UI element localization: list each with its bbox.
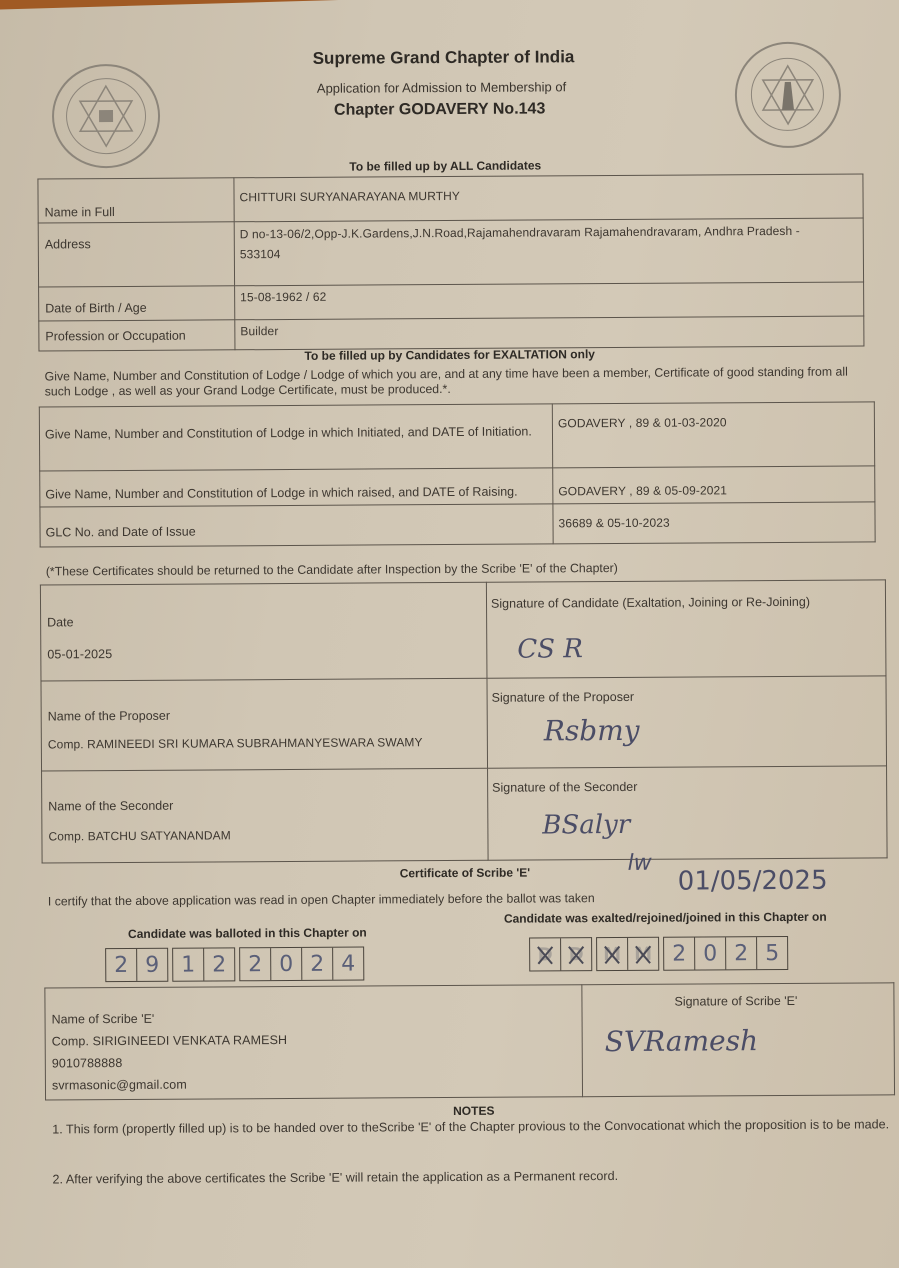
proposer-signature[interactable]: Rsbmy: [544, 714, 640, 748]
table-row: Date 05-01-2025 Signature of Candidate (…: [40, 580, 886, 681]
date-label: Date: [41, 583, 486, 630]
date-digit-box[interactable]: 4: [333, 948, 363, 980]
date-digit-box[interactable]: M: [597, 938, 628, 970]
field-label: Address: [39, 222, 234, 251]
certificate-statement: I certify that the above application was…: [48, 891, 595, 908]
date-digit-box[interactable]: 2: [726, 937, 757, 969]
date-digit-box[interactable]: 5: [757, 937, 787, 969]
scribe-signature-label: Signature of Scribe 'E': [582, 983, 893, 1009]
seconder-name-field[interactable]: Comp. BATCHU SATYANANDAM: [42, 811, 487, 844]
date-field[interactable]: 05-01-2025: [41, 627, 486, 662]
note-item: 1. This form (propertly filled up) is to…: [52, 1115, 898, 1139]
certificate-handwritten-date[interactable]: 01/05/2025: [678, 866, 828, 897]
field-label: Give Name, Number and Constitution of Lo…: [40, 468, 552, 501]
proposer-name-field[interactable]: Comp. RAMINEEDI SRI KUMARA SUBRAHMANYESW…: [42, 721, 487, 752]
scribe-phone-field[interactable]: 9010788888: [46, 1045, 582, 1070]
field-label: Give Name, Number and Constitution of Lo…: [40, 404, 552, 448]
table-row: Name of Scribe 'E' Comp. SIRIGINEEDI VEN…: [45, 983, 895, 1100]
date-digit-box[interactable]: 9: [137, 949, 167, 981]
date-digit-box[interactable]: 1: [173, 949, 204, 981]
date-digit-box[interactable]: 2: [664, 938, 695, 970]
date-year-group: 2025: [663, 936, 788, 971]
table-row: Address D no-13-06/2,Opp-J.K.Gardens,J.N…: [38, 218, 863, 287]
proposer-label: Name of the Proposer: [41, 679, 486, 724]
date-of-birth-field[interactable]: 15-08-1962 / 62: [235, 282, 863, 304]
date-day-group: 29: [105, 948, 168, 982]
table-row: GLC No. and Date of Issue 36689 & 05-10-…: [40, 502, 875, 547]
date-month-group: 12: [172, 947, 235, 981]
certificates-footnote: (*These Certificates should be returned …: [46, 561, 618, 578]
organization-title: Supreme Grand Chapter of India: [313, 47, 575, 69]
date-digit-box[interactable]: D: [561, 938, 591, 970]
glc-field[interactable]: 36689 & 05-10-2023: [553, 502, 874, 530]
scribe-signature[interactable]: SVRamesh: [605, 1024, 759, 1058]
table-row: Name of the Seconder Comp. BATCHU SATYAN…: [42, 766, 888, 863]
date-digit-box[interactable]: 0: [271, 948, 302, 980]
balloted-label: Candidate was balloted in this Chapter o…: [128, 926, 367, 941]
scribe-table: Name of Scribe 'E' Comp. SIRIGINEEDI VEN…: [44, 982, 895, 1100]
date-digit-box[interactable]: 2: [204, 948, 234, 980]
date-digit-box[interactable]: 2: [240, 948, 271, 980]
field-label: Date of Birth / Age: [39, 286, 234, 315]
section-heading-exaltation: To be filled up by Candidates for EXALTA…: [304, 347, 595, 363]
proposer-signature-label: Signature of the Proposer: [487, 676, 885, 704]
date-month-group: MM: [596, 937, 659, 971]
table-row: Give Name, Number and Constitution of Lo…: [39, 402, 874, 471]
address-field[interactable]: D no-13-06/2,Opp-J.K.Gardens,J.N.Road,Ra…: [235, 218, 863, 264]
signatures-table: Date 05-01-2025 Signature of Candidate (…: [40, 579, 888, 863]
chapter-title: Chapter GODAVERY No.143: [334, 100, 545, 119]
seconder-label: Name of the Seconder: [42, 769, 487, 814]
table-row: Name in Full CHITTURI SURYANARAYANA MURT…: [38, 174, 863, 223]
field-label: GLC No. and Date of Issue: [40, 504, 552, 539]
lodge-details-table: Give Name, Number and Constitution of Lo…: [39, 401, 876, 547]
balloted-date-input[interactable]: 29122024: [105, 947, 364, 983]
table-row: Profession or Occupation Builder: [39, 316, 864, 351]
note-item: 2. After verifying the above certificate…: [52, 1169, 618, 1186]
table-row: Give Name, Number and Constitution of Lo…: [40, 466, 875, 507]
candidate-signature-label: Signature of Candidate (Exaltation, Join…: [487, 580, 885, 610]
table-row: Name of the Proposer Comp. RAMINEEDI SRI…: [41, 676, 887, 771]
date-digit-box[interactable]: 0: [695, 937, 726, 969]
name-in-full-field[interactable]: CHITTURI SURYANARAYANA MURTHY: [234, 174, 862, 204]
exalted-label: Candidate was exalted/rejoined/joined in…: [504, 910, 827, 926]
raising-field[interactable]: GODAVERY , 89 & 05-09-2021: [553, 466, 874, 498]
application-form: Supreme Grand Chapter of India Applicati…: [0, 0, 899, 1268]
seconder-signature-label: Signature of the Seconder: [488, 766, 886, 794]
date-digit-box[interactable]: 2: [302, 948, 333, 980]
profession-field[interactable]: Builder: [235, 316, 863, 338]
date-day-group: DD: [529, 937, 592, 971]
notes-heading: NOTES: [453, 1104, 494, 1118]
table-row: Date of Birth / Age 15-08-1962 / 62: [39, 282, 864, 321]
scribe-email-field[interactable]: svrmasonic@gmail.com: [46, 1067, 582, 1092]
exalted-date-input[interactable]: DDMM2025: [529, 936, 788, 972]
scribe-initials[interactable]: lw: [628, 851, 652, 876]
candidate-signature[interactable]: CS R: [517, 634, 583, 664]
date-year-group: 2024: [239, 947, 364, 982]
field-label: Name in Full: [38, 178, 233, 219]
initiation-field[interactable]: GODAVERY , 89 & 01-03-2020: [553, 402, 874, 430]
scribe-name-label: Name of Scribe 'E': [45, 985, 581, 1026]
certificate-heading: Certificate of Scribe 'E': [400, 866, 531, 881]
section-heading-all: To be filled up by ALL Candidates: [349, 158, 541, 173]
scribe-name-field[interactable]: Comp. SIRIGINEEDI VENKATA RAMESH: [46, 1023, 582, 1048]
date-digit-box[interactable]: M: [628, 938, 658, 970]
seconder-signature[interactable]: BSalyr: [542, 810, 630, 841]
candidate-details-table: Name in Full CHITTURI SURYANARAYANA MURT…: [37, 173, 864, 351]
regional-grand-chapter-seal-icon: [735, 42, 842, 149]
form-subtitle: Application for Admission to Membership …: [317, 79, 566, 96]
date-digit-box[interactable]: 2: [106, 949, 137, 981]
date-digit-box[interactable]: D: [530, 938, 561, 970]
royal-arch-seal-icon: [52, 64, 161, 169]
field-label: Profession or Occupation: [39, 320, 234, 343]
exaltation-instruction: Give Name, Number and Constitution of Lo…: [45, 364, 870, 399]
